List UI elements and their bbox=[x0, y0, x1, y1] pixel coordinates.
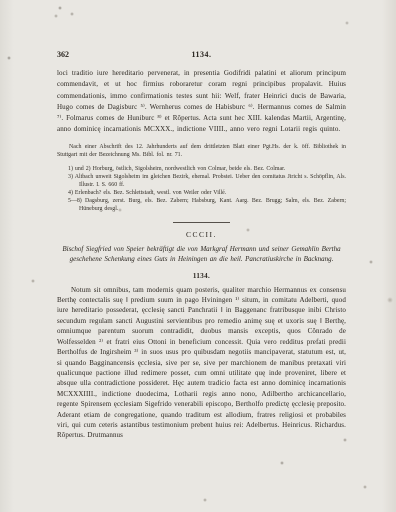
page-header: 362 1134. bbox=[57, 50, 346, 61]
source-note: Nach einer Abschrift des 12. Jahrhundert… bbox=[57, 143, 346, 159]
text-block: 362 1134. loci traditio iure hereditario… bbox=[57, 50, 346, 448]
charter-summary: Bischof Siegfried von Speier bekräftigt … bbox=[57, 244, 346, 265]
footnotes: 1) und 2) Horburg, östlich, Sigolsheim, … bbox=[57, 165, 346, 213]
footnote-1-2: 1) und 2) Horburg, östlich, Sigolsheim, … bbox=[68, 165, 346, 173]
footnote-4: 4) Erlenbach? els. Bez. Schlettstadt, we… bbox=[68, 189, 346, 197]
previous-charter-text: loci traditio iure hereditario pervenera… bbox=[57, 68, 346, 136]
scanned-book-page: 362 1134. loci traditio iure hereditario… bbox=[0, 0, 396, 512]
charter-date: 1134. bbox=[57, 272, 346, 280]
running-head-year: 1134. bbox=[57, 50, 346, 59]
section-divider bbox=[173, 222, 230, 223]
footnote-5-8: 5—8) Dagsburg, zerst. Burg, els. Bez. Za… bbox=[68, 197, 346, 213]
charter-latin-text: Notum sit omnibus, tam modernis quam pos… bbox=[57, 285, 346, 441]
charter-number-heading: CCCII. bbox=[57, 230, 346, 239]
footnote-3: 3) Altbach unweit Sigolsheim im gleichen… bbox=[68, 173, 346, 189]
